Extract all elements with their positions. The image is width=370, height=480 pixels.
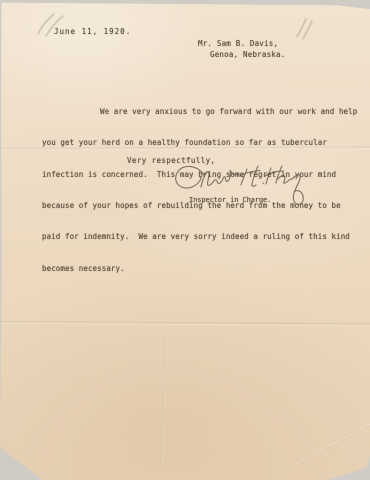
faint-pencil-mark-icon: [30, 8, 70, 43]
signature-title: Inspector in Charge.: [189, 196, 271, 204]
wrinkle-crease-vertical: [161, 334, 168, 466]
letter-paper: June 11, 1920. Mr. Sam B. Davis, Genoa, …: [0, 0, 370, 480]
faint-pencil-mark-icon: [291, 13, 321, 45]
body-line: you get your herd on a healthy foundatio…: [42, 138, 357, 148]
recipient-name: Mr. Sam B. Davis,: [198, 39, 278, 48]
scanned-letter-background: June 11, 1920. Mr. Sam B. Davis, Genoa, …: [0, 0, 370, 480]
body-line: paid for indemnity. We are very sorry in…: [42, 232, 357, 242]
recipient-city: Genoa, Nebraska.: [210, 50, 285, 59]
letter-date: June 11, 1920.: [54, 27, 131, 36]
fold-crease-bottom: [0, 321, 370, 327]
body-line: becomes necessary.: [42, 264, 357, 274]
wrinkle-crease-corner: [291, 414, 370, 467]
body-line: We are very anxious to go forward with o…: [42, 107, 357, 117]
